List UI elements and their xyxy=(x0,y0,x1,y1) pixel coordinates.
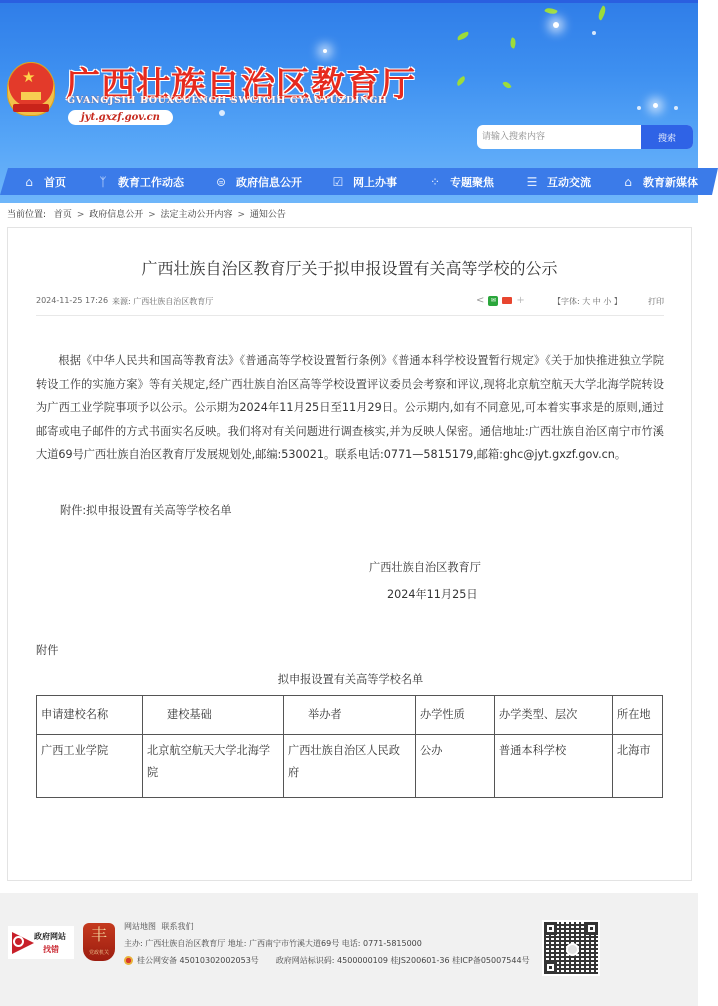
nav-item-label: 教育新媒体 xyxy=(643,174,698,190)
signature-org: 广西壮族自治区教育厅 xyxy=(369,559,481,575)
nav-item-label: 互动交流 xyxy=(547,174,591,190)
font-size-small[interactable]: 小 xyxy=(603,297,611,306)
article-meta: 2024-11-25 17:26 来源: 广西壮族自治区教育厅 < ✉ + 【字… xyxy=(36,296,664,316)
table-title-text: 拟申报设置有关高等学校名单 xyxy=(278,673,423,686)
table-header-cell: 所在地 xyxy=(613,696,663,735)
magnifier-icon xyxy=(13,936,24,947)
font-size-medium[interactable]: 中 xyxy=(593,297,601,306)
breadcrumb-statutory-disclosure[interactable]: 法定主动公开内容 xyxy=(161,210,233,220)
site-identifier: 政府网站标识码: 4500000109 桂JS200601-36 桂ICP备05… xyxy=(276,955,530,966)
chat-icon: ☰ xyxy=(525,175,539,189)
share-bar: < ✉ + xyxy=(476,295,525,306)
footer-registration: 桂公网安备 45010302002053号 政府网站标识码: 450000010… xyxy=(124,955,530,966)
nav-item-label: 政府信息公开 xyxy=(236,174,302,190)
nav-item-new-media[interactable]: ⌂ 教育新媒体 xyxy=(621,168,698,195)
table-header-cell: 举办者 xyxy=(284,696,416,735)
font-size-control: 【字体: 大 中 小 】 xyxy=(553,296,622,307)
leaf-decoration xyxy=(456,32,469,41)
badge-party-caption: 党政机关 xyxy=(85,949,113,956)
building-icon: ⌂ xyxy=(621,175,635,189)
header-top-line xyxy=(0,0,698,3)
nav-item-label: 专题聚焦 xyxy=(450,174,494,190)
article-paragraph: 根据《中华人民共和国高等教育法》《普通高等学校设置暂行条例》《普通本科学校设置暂… xyxy=(36,349,664,467)
nav-item-label: 网上办事 xyxy=(353,174,397,190)
nav-item-label: 教育工作动态 xyxy=(118,174,184,190)
site-subtitle: GVANGJSIH BOUXCUENGH SWCIGIH GYAUYUZDING… xyxy=(67,95,388,106)
nav-item-special-topics[interactable]: ⁘ 专题聚焦 xyxy=(428,168,494,195)
search-box: 搜索 xyxy=(477,125,693,149)
nav-item-education-news[interactable]: ᛉ 教育工作动态 xyxy=(96,168,184,195)
footer-link-contact[interactable]: 联系我们 xyxy=(162,922,194,931)
dot-decoration xyxy=(637,106,641,110)
breadcrumb: 当前位置: 首页 > 政府信息公开 > 法定主动公开内容 > 通知公告 xyxy=(7,207,286,220)
nav-item-gov-info[interactable]: ⊜ 政府信息公开 xyxy=(214,168,302,195)
table-cell: 北海市 xyxy=(613,735,663,798)
table-cell: 北京航空航天大学北海学院 xyxy=(143,735,284,798)
qr-logo-icon xyxy=(566,943,579,956)
police-record[interactable]: 桂公网安备 45010302002053号 xyxy=(137,955,259,966)
leaf-decoration xyxy=(508,37,517,48)
attachment-label: 附件 xyxy=(36,642,58,658)
people-icon: ᛉ xyxy=(96,175,110,189)
national-emblem-icon: ★ xyxy=(7,62,55,116)
breadcrumb-separator: > xyxy=(148,210,156,220)
footer-link-sitemap[interactable]: 网站地图 xyxy=(124,922,156,931)
breadcrumb-home[interactable]: 首页 xyxy=(54,210,72,220)
search-button[interactable]: 搜索 xyxy=(641,125,693,149)
signature-date: 2024年11月25日 xyxy=(387,586,478,602)
article-source: 来源: 广西壮族自治区教育厅 xyxy=(112,296,213,307)
police-badge-icon xyxy=(124,956,133,965)
breadcrumb-prefix: 当前位置: xyxy=(7,210,46,220)
table-header-cell: 建校基础 xyxy=(143,696,284,735)
nav-item-online-services[interactable]: ☑ 网上办事 xyxy=(331,168,397,195)
share-icon[interactable]: < xyxy=(476,295,484,306)
leaf-decoration xyxy=(544,6,557,17)
article-body: 根据《中华人民共和国高等教育法》《普通高等学校设置暂行条例》《普通本科学校设置暂… xyxy=(36,349,664,467)
table-cell: 广西工业学院 xyxy=(37,735,143,798)
school-table: 申请建校名称 建校基础 举办者 办学性质 办学类型、层次 所在地 广西工业学院 … xyxy=(36,695,663,798)
gov-site-error-report-badge[interactable]: 政府网站 找错 xyxy=(8,926,74,959)
nav-item-label: 首页 xyxy=(44,174,66,190)
table-header-cell: 办学类型、层次 xyxy=(495,696,613,735)
more-share-icon[interactable]: + xyxy=(516,295,524,306)
qr-code[interactable] xyxy=(542,920,600,976)
site-footer: 政府网站 找错 丰 党政机关 网站地图 联系我们 主办: 广西壮族自治区教育厅 … xyxy=(0,893,698,1006)
badge-error-line2: 找错 xyxy=(43,944,59,955)
badge-error-line1: 政府网站 xyxy=(34,931,66,942)
table-title: 拟申报设置有关高等学校名单 xyxy=(8,671,691,687)
leaf-decoration xyxy=(596,5,608,20)
table-cell: 广西壮族自治区人民政府 xyxy=(284,735,416,798)
party-gov-agency-badge[interactable]: 丰 党政机关 xyxy=(83,923,115,961)
home-icon: ⌂ xyxy=(22,175,36,189)
weibo-share-icon[interactable] xyxy=(502,297,512,304)
dot-decoration xyxy=(219,110,225,116)
font-size-label-close: 】 xyxy=(614,297,622,306)
article-card: 广西壮族自治区教育厅关于拟申报设置有关高等学校的公示 2024-11-25 17… xyxy=(7,227,692,881)
font-size-large[interactable]: 大 xyxy=(582,297,590,306)
table-row: 广西工业学院 北京航空航天大学北海学院 广西壮族自治区人民政府 公办 普通本科学… xyxy=(37,735,663,798)
nav-item-home[interactable]: ⌂ 首页 xyxy=(22,168,66,195)
dot-decoration xyxy=(592,31,596,35)
grid-icon: ⁘ xyxy=(428,175,442,189)
table-header-row: 申请建校名称 建校基础 举办者 办学性质 办学类型、层次 所在地 xyxy=(37,696,663,735)
publish-date: 2024-11-25 17:26 xyxy=(36,296,108,305)
table-header-cell: 办学性质 xyxy=(416,696,495,735)
sparkle-decoration xyxy=(553,22,559,28)
footer-links: 网站地图 联系我们 xyxy=(124,921,197,932)
nav-item-interaction[interactable]: ☰ 互动交流 xyxy=(525,168,591,195)
sparkle-decoration xyxy=(323,49,327,53)
sparkle-decoration xyxy=(653,103,658,108)
party-emblem-icon: 丰 xyxy=(91,927,107,943)
article-title: 广西壮族自治区教育厅关于拟申报设置有关高等学校的公示 xyxy=(8,256,691,279)
dot-decoration xyxy=(674,106,678,110)
table-cell: 公办 xyxy=(416,735,495,798)
info-circle-icon: ⊜ xyxy=(214,175,228,189)
breadcrumb-notices[interactable]: 通知公告 xyxy=(250,210,286,220)
breadcrumb-separator: > xyxy=(237,210,245,220)
table-header-cell: 申请建校名称 xyxy=(37,696,143,735)
breadcrumb-separator: > xyxy=(77,210,85,220)
font-size-label-open: 【字体: xyxy=(553,297,582,306)
print-button[interactable]: 打印 xyxy=(648,296,664,307)
search-input[interactable] xyxy=(477,125,641,149)
breadcrumb-gov-info[interactable]: 政府信息公开 xyxy=(89,210,143,220)
attachment-line: 附件:拟申报设置有关高等学校名单 xyxy=(60,502,232,518)
document-edit-icon: ☑ xyxy=(331,175,345,189)
site-url[interactable]: jyt.gxzf.gov.cn xyxy=(68,110,173,125)
main-nav: ⌂ 首页 ᛉ 教育工作动态 ⊜ 政府信息公开 ☑ 网上办事 ⁘ 专题聚焦 ☰ 互… xyxy=(0,168,718,195)
leaf-decoration xyxy=(455,76,467,86)
table-cell: 普通本科学校 xyxy=(495,735,613,798)
leaf-decoration xyxy=(502,80,511,90)
qr-code-pattern xyxy=(544,922,598,974)
footer-host-info: 主办: 广西壮族自治区教育厅 地址: 广西南宁市竹溪大道69号 电话: 0771… xyxy=(124,938,422,949)
wechat-share-icon[interactable]: ✉ xyxy=(488,296,498,306)
